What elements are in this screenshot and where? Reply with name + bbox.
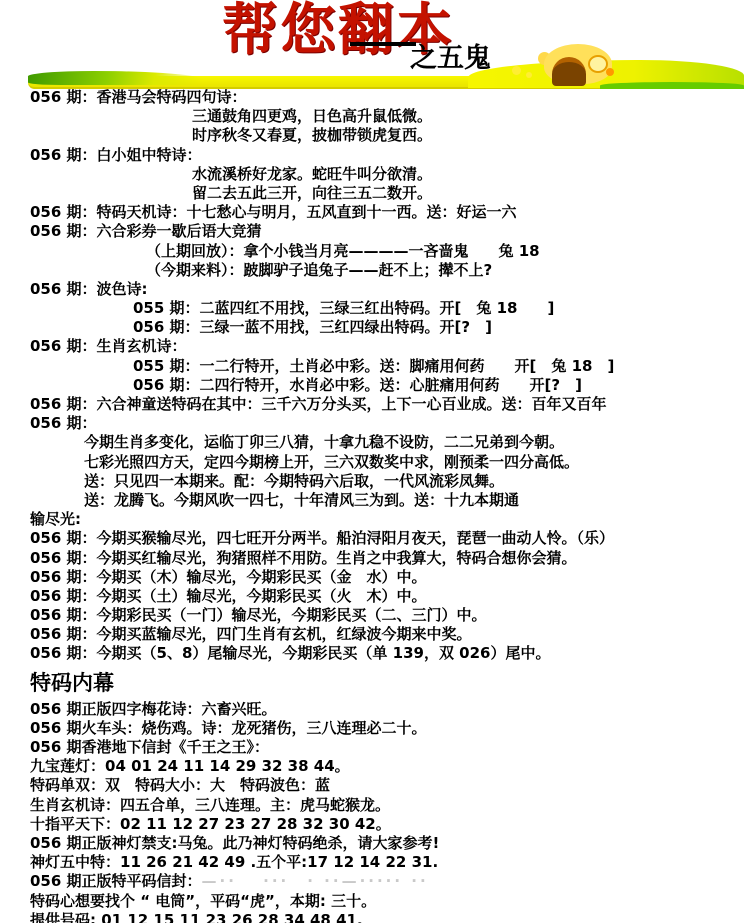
tip-sheet-page: 帮您翻本 之五鬼 056 期：香港马会特码四句诗： 三通鼓角四更鸡，日色高升鼠低… <box>0 0 744 923</box>
text-line: 送：只见四一本期来。配：今期特码六后取，一代风流彩凤舞。 <box>0 472 744 491</box>
text-line: 今期生肖多变化，运临丁卯三八猜，十拿九稳不设防，二二兄弟到今朝。 <box>0 433 744 452</box>
text-line: （上期回放）：拿个小钱当月亮————一吝啬鬼 兔 18 <box>0 242 744 261</box>
mascot-eye <box>588 55 608 73</box>
text-line: 生肖玄机诗：四五合单，三八连理。主：虎马蛇猴龙。 <box>0 796 744 815</box>
text-line: 056 期：白小姐中特诗： <box>0 146 744 165</box>
text-line: 056 期正版四字梅花诗：六畜兴旺。 <box>0 700 744 719</box>
text-line: 时序秋冬又春夏，披枷带锁虎复西。 <box>0 126 744 145</box>
grass-green-wedge <box>28 71 203 85</box>
text-line: 特码单双：双 特码大小：大 特码波色：蓝 <box>0 776 744 795</box>
text-line: 056 期：六合神童送特码在其中：三千六万分头买，上下一心百业成。送：百年又百年 <box>0 395 744 414</box>
text-line: 056 期正版神灯禁支:马兔。此乃神灯特码绝杀，请大家参考! <box>0 834 744 853</box>
text-line: 056 期：生肖玄机诗： <box>0 337 744 356</box>
text-line: 056 期香港地下信封《千王之王》： <box>0 738 744 757</box>
text-line: 056 期：今期买（5、8）尾输尽光，今期彩民买（单 139，双 026）尾中。 <box>0 644 744 663</box>
mascot-cheek <box>606 68 614 76</box>
text-line: 九宝莲灯：04 01 24 11 14 29 32 38 44。 <box>0 757 744 776</box>
text-line: 055 期：一二行特开，土肖必中彩。送：脚痛用何药 开[ 兔 18 ] <box>0 357 744 376</box>
text-line: 056 期：今期买（木）输尽光，今期彩民买（金 水）中。 <box>0 568 744 587</box>
text-line: 056 期：二四行特开，水肖必中彩。送：心脏痛用何药 开[? ] <box>0 376 744 395</box>
text-line: 056 期： <box>0 414 744 433</box>
page-subtitle: 之五鬼 <box>410 36 491 75</box>
text-line: （今期来料）：跛脚驴子追兔子——赶不上；撵不上? <box>0 261 744 280</box>
text-line: 输尽光: <box>0 510 744 529</box>
envelope-label: 056 期正版特平码信封： <box>30 872 202 890</box>
text-line: 十指平天下：02 11 12 27 23 27 28 32 30 42。 <box>0 815 744 834</box>
text-line: 留二去五此三开，向往三五二数开。 <box>0 184 744 203</box>
text-line: 056 期：特码天机诗：十七愁心与明月，五风直到十一西。送：好运一六 <box>0 203 744 222</box>
text-line: 056 期：今期买蓝输尽光，四门生肖有玄机，红绿波今期来中奖。 <box>0 625 744 644</box>
title-brush-stroke <box>350 42 416 46</box>
section-heading-insider: 特码内幕 <box>0 669 744 697</box>
text-line: 提供号码: 01 12 15 11 23 26 28 34 48 41。 <box>0 911 744 923</box>
text-line: 特码心想要找个 “ 电筒”，平码“虎”，本期: 三十。 <box>0 892 744 911</box>
document-body: 056 期：香港马会特码四句诗： 三通鼓角四更鸡，日色高升鼠低微。 时序秋冬又春… <box>0 88 744 923</box>
mascot-mouth <box>552 57 586 86</box>
mascot-icon <box>540 44 616 86</box>
text-line: 056 期：今期彩民买（一门）输尽光，今期彩民买（二、三门）中。 <box>0 606 744 625</box>
text-line: 056 期：六合彩券一歇后语大竞猜 <box>0 222 744 241</box>
text-line: 056 期：香港马会特码四句诗： <box>0 88 744 107</box>
text-line: 055 期：二蓝四红不用找，三绿三红出特码。开[ 兔 18 ] <box>0 299 744 318</box>
text-line: 056 期：今期买猴输尽光，四七旺开分两半。船泊浔阳月夜天，琵琶一曲动人怜。（乐… <box>0 529 744 548</box>
sparkle-icon <box>512 66 521 75</box>
text-line: 三通鼓角四更鸡，日色高升鼠低微。 <box>0 107 744 126</box>
text-line: 056 期：今期买红输尽光，狗猪照样不用防。生肖之中我算大，特码合想你会猜。 <box>0 549 744 568</box>
sparkle-icon <box>526 72 532 78</box>
text-line: 送：龙腾飞。今期风吹一四七，十年清风三为到。送：十九本期通 <box>0 491 744 510</box>
text-line: 056 期火车头：烧伤鸡。诗：龙死猪伤，三八连理必二十。 <box>0 719 744 738</box>
text-line: 七彩光照四方天，定四今期榜上开，三六双数奖中求，刚预柔一四分高低。 <box>0 453 744 472</box>
text-line: 056 期：三绿一蓝不用找，三红四绿出特码。开[? ] <box>0 318 744 337</box>
text-line: 神灯五中特：11 26 21 42 49 .五个平:17 12 14 22 31… <box>0 853 744 872</box>
text-line: 056 期：今期买（土）输尽光，今期彩民买（火 木）中。 <box>0 587 744 606</box>
text-line-envelope: 056 期正版特平码信封：—·· ··· · ··—····· ·· <box>0 872 744 891</box>
text-line: 水流溪桥好龙家。蛇旺牛叫分欲清。 <box>0 165 744 184</box>
text-line: 056 期：波色诗: <box>0 280 744 299</box>
envelope-faded-text: —·· ··· · ··—····· ·· <box>202 872 429 890</box>
